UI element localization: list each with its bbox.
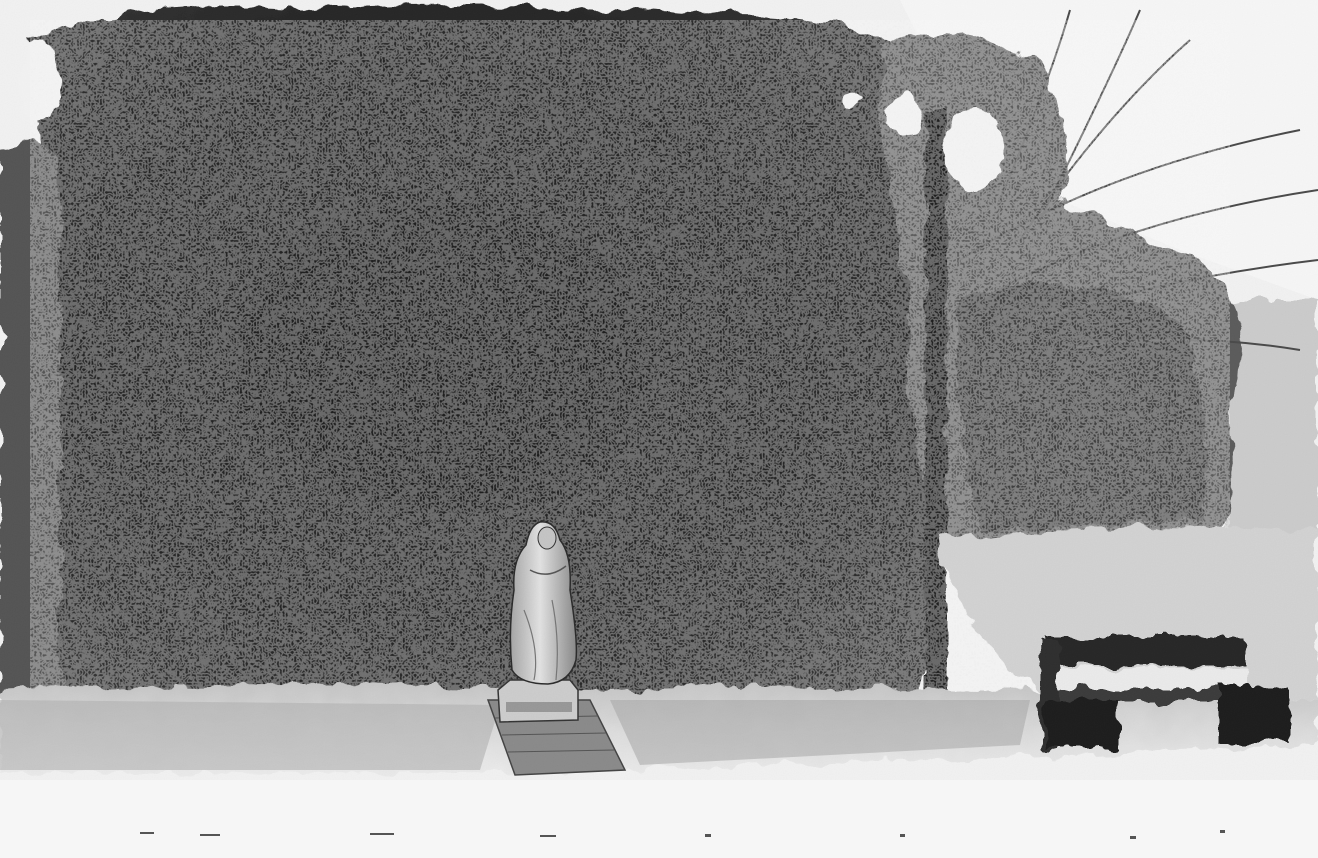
garden-drawing xyxy=(0,0,1318,858)
drawing-canvas xyxy=(0,0,1318,858)
paper-grain xyxy=(0,0,1318,780)
